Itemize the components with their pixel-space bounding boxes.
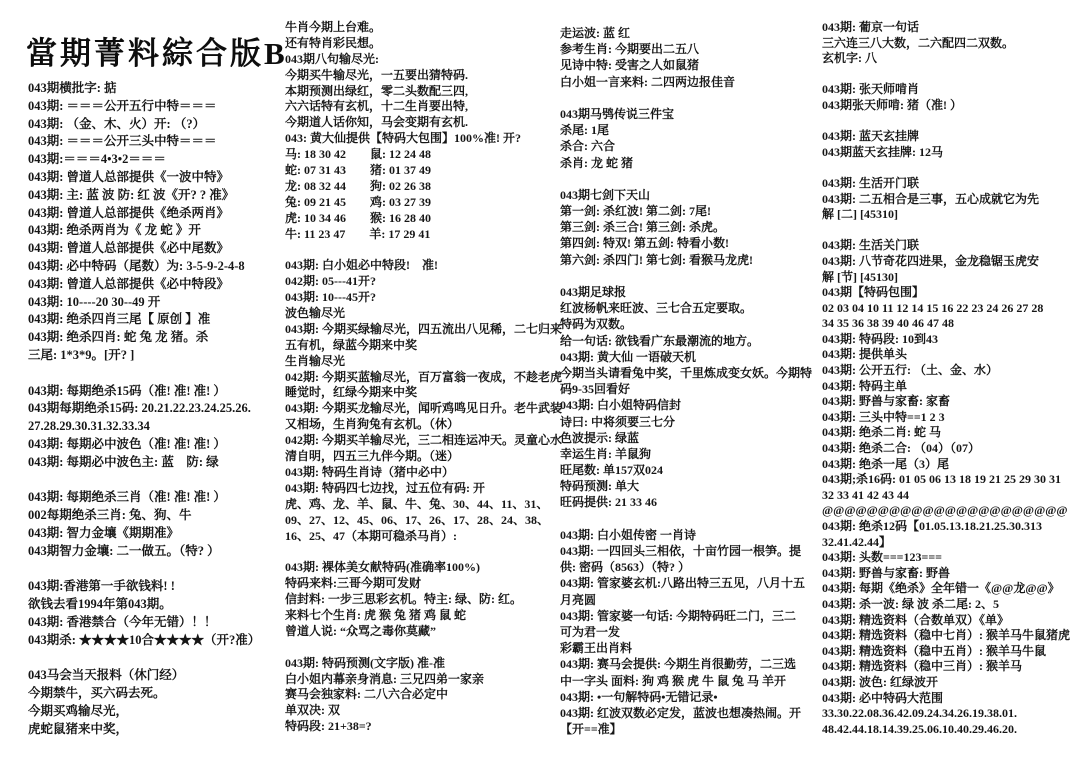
text-line: 今期禁牛，买六码去死。 (28, 685, 280, 703)
text-line: 043期: 精选资料（稳中七肖）: 猴羊马牛鼠猪虎 (822, 628, 1078, 644)
text-line: 杀肖: 龙 蛇 猪 (560, 155, 822, 171)
text-line: 043期: 绝杀一尾（3）尾 (822, 457, 1078, 473)
text-line (28, 650, 280, 668)
text-line: 043期: 杀一波: 绿 波 杀二尾: 2、5 (822, 597, 1078, 613)
text-line: 杀合: 六合 (560, 138, 822, 154)
text-line: 给一句话: 欲钱看广东最潮流的地方。 (560, 333, 822, 349)
text-line: 043期: 头数===123=== (822, 550, 1078, 566)
text-line: 33.30.22.08.36.42.09.24.34.26.19.38.01. (822, 706, 1078, 722)
text-line: 043期: 八节奇花四进果，金龙稳锯玉虎安 (822, 254, 1078, 270)
text-line: 043期: 生活关门联 (822, 238, 1078, 254)
text-line: 043: 黄大仙提供【特码大包围】100%准! 开? (285, 131, 557, 147)
text-line: 042期: 今期买蓝输尽光，百万富翁一夜成，不趁老虎 (285, 370, 557, 386)
text-line: 043期: •一句解特码•无错记录• (560, 689, 822, 705)
text-line: 特码为双数。 (560, 316, 822, 332)
text-line: 043期: （金、木、火）开: （?） (28, 116, 280, 134)
text-line (560, 268, 822, 284)
text-line: 32.41.42.44】 (822, 535, 1078, 551)
text-line: 043期: 波色: 红绿波开 (822, 675, 1078, 691)
text-line: 043期: 绝杀二肖: 蛇 马 (822, 425, 1078, 441)
text-line: 043期: 曾道人总部提供《一波中特》 (28, 169, 280, 187)
text-line: 旺尾数: 单157双024 (560, 462, 822, 478)
column-center-right: 走运波: 蓝 红参考生肖: 今期要出二五八见诗中特: 受害之人如鼠猪白小姐一言来… (560, 25, 822, 737)
text-line: 043期: 每期必中波色主: 蓝 防: 绿 (28, 454, 280, 472)
text-line: 又相场，生肖狗兔有玄机。（休） (285, 417, 557, 433)
text-line: 043期杀: ★★★★10合★★★★（开?准） (28, 632, 280, 650)
text-line: 三尾: 1*3*9。[开? ] (28, 347, 280, 365)
text-line: 走运波: 蓝 红 (560, 25, 822, 41)
text-line: 幸运生肖: 羊鼠狗 (560, 446, 822, 462)
text-line: 杀尾: 1尾 (560, 122, 822, 138)
text-line: 043期: 绝杀四肖三尾【 原创 】准 (28, 311, 280, 329)
text-line: 043期: 黄大仙 一语破天机 (560, 349, 822, 365)
text-line: 可为君一发 (560, 624, 822, 640)
text-line: 还有特肖彩民想。 (285, 36, 557, 52)
text-line: 今期当头请看兔中奖，千里炼成变女妖。今期特 (560, 365, 822, 381)
text-line: 043期: 特码段: 10到43 (822, 332, 1078, 348)
text-line: 蛇: 07 31 43 猪: 01 37 49 (285, 163, 557, 179)
text-line: 单双决: 双 (285, 703, 557, 719)
text-line: 虎、鸡、龙、羊、鼠、牛、兔、30、44、11、31、 (285, 497, 557, 513)
text-line: 今期买牛输尽光，一五要出猜特码. (285, 68, 557, 84)
text-line: 043期: 必中特码（尾数）为: 3-5-9-2-4-8 (28, 258, 280, 276)
text-line: 今期道人话你知，马会变期有玄机. (285, 115, 557, 131)
text-line (28, 472, 280, 490)
text-line: 043期七剑下天山 (560, 187, 822, 203)
text-line: 16、25、47（本期可稳杀马肖）: (285, 529, 557, 545)
text-line: 第一剑: 杀红波! 第二剑: 7尾! (560, 203, 822, 219)
text-line: 见诗中特: 受害之人如鼠猪 (560, 57, 822, 73)
text-line (28, 561, 280, 579)
text-line: 红波杨帆来旺波、三七合五定要取。 (560, 300, 822, 316)
text-line: 赛马会独家料: 二八六合必定中 (285, 687, 557, 703)
text-line: 043期: 主: 蓝 波 防: 红 波《开? ? 准》 (28, 187, 280, 205)
text-line: 月亮圆 (560, 592, 822, 608)
text-line: 043期: 公开五行: （土、金、水） (822, 363, 1078, 379)
page-title: 當期菁料綜合版B (26, 28, 288, 73)
text-line: 信封料: 一步三思彩玄机。特主: 绿、防: 红。 (285, 592, 557, 608)
text-line: 043期足球报 (560, 284, 822, 300)
text-line: 043期: ＝＝＝公开五行中特＝＝＝ (28, 98, 280, 116)
text-line: 043期: 特码生肖诗（猪中必中） (285, 465, 557, 481)
text-line: 09、27、12、45、06、17、26、17、28、24、38、 (285, 513, 557, 529)
text-line: 043期: 绝杀两肖为《 龙 蛇 》开 (28, 222, 280, 240)
text-line: 043期: 蓝天玄挂牌 (822, 129, 1078, 145)
text-line: 兔: 09 21 45 鸡: 03 27 39 (285, 195, 557, 211)
text-line: 043期: 生活开门联 (822, 176, 1078, 192)
text-line (560, 90, 822, 106)
text-line: 043期: 10----20 30--49 开 (28, 294, 280, 312)
text-line: 043期: 每期《绝杀》全年错一《@@龙@@》 (822, 581, 1078, 597)
text-line: 043期: 管家婆玄机:八路出特三五见，八月十五 (560, 575, 822, 591)
text-line: 供: 密码（8563）（特? ） (560, 559, 822, 575)
text-line: 彩霸王出肖料 (560, 640, 822, 656)
text-line: 043期智力金壤: 二一做五。（特? ） (28, 543, 280, 561)
text-line: 来料七个生肖: 虎 猴 兔 猪 鸡 鼠 蛇 (285, 608, 557, 624)
text-line: 34 35 36 38 39 40 46 47 48 (822, 316, 1078, 332)
text-line (822, 114, 1078, 130)
text-line: 043期: 曾道人总部提供《必中尾数》 (28, 240, 280, 258)
text-line (822, 223, 1078, 239)
text-line: 043期八句输尽光: (285, 52, 557, 68)
text-line: 043期: 精选资料（稳中五肖）: 猴羊马牛鼠 (822, 644, 1078, 660)
text-line: 043期: 提供单头 (822, 347, 1078, 363)
text-line: 特码预测: 单大 (560, 478, 822, 494)
text-line: @@@@@@@@@@@@@@@@@@@@@@ (822, 503, 1078, 519)
text-line: 曾道人说: “众骂之毒你莫藏” (285, 624, 557, 640)
text-line: 043期: 绝杀四肖: 蛇 兔 龙 猪。杀 (28, 329, 280, 347)
text-line: 白小姐一言来料: 二四两边报佳音 (560, 74, 822, 90)
text-line: 解 [节] [45130] (822, 270, 1078, 286)
text-line: 特码来料:三哥今期可发财 (285, 576, 557, 592)
text-line: 042期: 今期买羊输尽光，三二相连运冲天。灵童心水 (285, 433, 557, 449)
text-line: 043期: 白小姐必中特段! 准! (285, 258, 557, 274)
text-line: 043期:＝＝＝4•3•2＝＝＝ (28, 151, 280, 169)
text-line: 043期: 绝杀12码【01.05.13.18.21.25.30.313 (822, 519, 1078, 535)
text-line: 白小姐内幕亲身消息: 三兄四弟一家亲 (285, 672, 557, 688)
text-line: 043期: 每期绝杀三肖（准! 准! 准! ） (28, 489, 280, 507)
text-line: 第四剑: 特双! 第五剑: 特看小数! (560, 235, 822, 251)
text-line: 042期: 05---41开? (285, 274, 557, 290)
text-line: 043期: 特码预测(文字版) 准-准 (285, 656, 557, 672)
text-line: 牛肖今期上台难。 (285, 20, 557, 36)
text-line: 六六话特有玄机，十二生肖要出特, (285, 99, 557, 115)
text-line: 诗曰: 中将须要三七分 (560, 414, 822, 430)
text-line: 48.42.44.18.14.39.25.06.10.40.29.46.20. (822, 722, 1078, 738)
text-line: 虎蛇鼠猪来中奖， (28, 721, 280, 739)
text-line: 043期: 精选资料（合数单双）《单》 (822, 613, 1078, 629)
text-line: 043期: 10---45开? (285, 290, 557, 306)
text-line: 043期: 曾道人总部提供《必中特段》 (28, 276, 280, 294)
text-line: 解 [二] [45310] (822, 207, 1078, 223)
text-line: 043期: 白小姐传密 一肖诗 (560, 527, 822, 543)
text-line: 043期: 今期买龙输尽光，闻听鸡鸣见日升。老牛武装 (285, 401, 557, 417)
text-line: 32 33 41 42 43 44 (822, 488, 1078, 504)
text-line: 龙: 08 32 44 狗: 02 26 38 (285, 179, 557, 195)
text-line (822, 67, 1078, 83)
text-line: 【开==准】 (560, 721, 822, 737)
text-line (285, 640, 557, 656)
text-line: 043期: 野兽与家畜: 野兽 (822, 566, 1078, 582)
text-line: 043期: 特码四七边找，过五位有码: 开 (285, 481, 557, 497)
text-line: 牛: 11 23 47 羊: 17 29 41 (285, 227, 557, 243)
column-left: 043期横批字: 掂043期: ＝＝＝公开五行中特＝＝＝043期: （金、木、火… (28, 80, 280, 738)
text-line: 043期: 管家婆一句话: 今期特码旺二门，三二 (560, 608, 822, 624)
text-line: 第三剑: 杀三合! 第三剑: 杀虎。 (560, 219, 822, 235)
column-center-left: 牛肖今期上台难。还有特肖彩民想。043期八句输尽光:今期买牛输尽光，一五要出猜特… (285, 20, 557, 735)
text-line: 今期买鸡输尽光， (28, 703, 280, 721)
text-line: 043期马鸮传说三件宝 (560, 106, 822, 122)
text-line: 043期: 一四回头三相依，十亩竹园一根笋。提 (560, 543, 822, 559)
column-right: 043期: 葡京一句话三六连三八大数，二六配四二双数。玄机字: 八 043期: … (822, 20, 1078, 737)
text-line: 波色输尽光 (285, 306, 557, 322)
text-line: 生肖输尽光 (285, 354, 557, 370)
text-line: 中一字头 面料: 狗 鸡 猴 虎 牛 鼠 兔 马 羊开 (560, 673, 822, 689)
text-line: 043期蓝天玄挂牌: 12马 (822, 145, 1078, 161)
text-line: 043期: 香港禁合（今年无错）！！ (28, 614, 280, 632)
text-line: 043期: 今期买绿输尽光，四五流出八见稀，二七归来 (285, 322, 557, 338)
text-line: 本期预测出绿红，零二头数配三四, (285, 84, 557, 100)
text-line (285, 242, 557, 258)
text-line: 欲钱去看1994年第043期。 (28, 596, 280, 614)
text-line: 043期;杀16码: 01 05 06 13 18 19 21 25 29 30… (822, 472, 1078, 488)
text-line: 虎: 10 34 46 猴: 16 28 40 (285, 211, 557, 227)
text-line: 睡觉时，红绿今期来中奖 (285, 385, 557, 401)
text-line: 码9-35回看好 (560, 381, 822, 397)
text-line: 清自明，四五三九伴今期。（迷） (285, 449, 557, 465)
text-line: 043期: ＝＝＝公开三头中特＝＝＝ (28, 133, 280, 151)
text-line (285, 544, 557, 560)
text-line: 三六连三八大数，二六配四二双数。 (822, 36, 1078, 52)
text-line: 043期: 必中特码大范围 (822, 691, 1078, 707)
text-line: 27.28.29.30.31.32.33.34 (28, 418, 280, 436)
text-line: 043期: 精选资料（稳中三肖）: 猴羊马 (822, 659, 1078, 675)
text-line: 043马会当天报料（休门经） (28, 667, 280, 685)
text-line: 043期: 张天师啃肖 (822, 82, 1078, 98)
text-line: 043期每期绝杀15码: 20.21.22.23.24.25.26. (28, 400, 280, 418)
text-line: 043期: 智力金壤《期期准》 (28, 525, 280, 543)
text-line: 043期: 葡京一句话 (822, 20, 1078, 36)
text-line: 043期: 野兽与家畜: 家畜 (822, 394, 1078, 410)
text-line: 第六剑: 杀四门! 第七剑: 看猴马龙虎! (560, 252, 822, 268)
text-line: 特码段: 21+38=? (285, 719, 557, 735)
text-line: 五有机，绿蓝今期来中奖 (285, 338, 557, 354)
text-line: 043期【特码包围】 (822, 285, 1078, 301)
text-line: 043期: 赛马会提供: 今期生肖很勤劳，二三选 (560, 656, 822, 672)
text-line: 043期: 二五相合是三事，五心成就它为先 (822, 192, 1078, 208)
text-line: 02 03 04 10 11 12 14 15 16 22 23 24 26 2… (822, 301, 1078, 317)
text-line: 043期: 特码主单 (822, 379, 1078, 395)
text-line: 043期: 白小姐特码信封 (560, 397, 822, 413)
text-line: 043期张天师啃: 猪（准! ） (822, 98, 1078, 114)
text-line (560, 511, 822, 527)
text-line: 马: 18 30 42 鼠: 12 24 48 (285, 147, 557, 163)
document-page: 當期菁料綜合版B 043期横批字: 掂043期: ＝＝＝公开五行中特＝＝＝043… (0, 0, 1080, 764)
text-line (822, 160, 1078, 176)
text-line: 043期: 三头中特==1 2 3 (822, 410, 1078, 426)
text-line: 043期横批字: 掂 (28, 80, 280, 98)
text-line (28, 365, 280, 383)
text-line: 043期: 曾道人总部提供《绝杀两肖》 (28, 205, 280, 223)
text-line: 玄机字: 八 (822, 51, 1078, 67)
text-line (560, 171, 822, 187)
text-line: 043期: 裸体美女献特码(准确率100%) (285, 560, 557, 576)
text-line: 043期: 每期绝杀15码（准! 准! 准! ） (28, 383, 280, 401)
text-line: 参考生肖: 今期要出二五八 (560, 41, 822, 57)
text-line: 旺码提供: 21 33 46 (560, 494, 822, 510)
text-line: 043期: 绝杀二合: （04）（07） (822, 441, 1078, 457)
text-line: 043期:香港第一手欲钱料! ! (28, 578, 280, 596)
text-line: 002每期绝杀三肖: 兔、狗、牛 (28, 507, 280, 525)
text-line: 043期: 红波双数必定发，蓝波也想凑热闹。开 (560, 705, 822, 721)
text-line: 043期: 每期必中波色（准! 准! 准! ） (28, 436, 280, 454)
text-line: 色波提示: 绿蓝 (560, 430, 822, 446)
